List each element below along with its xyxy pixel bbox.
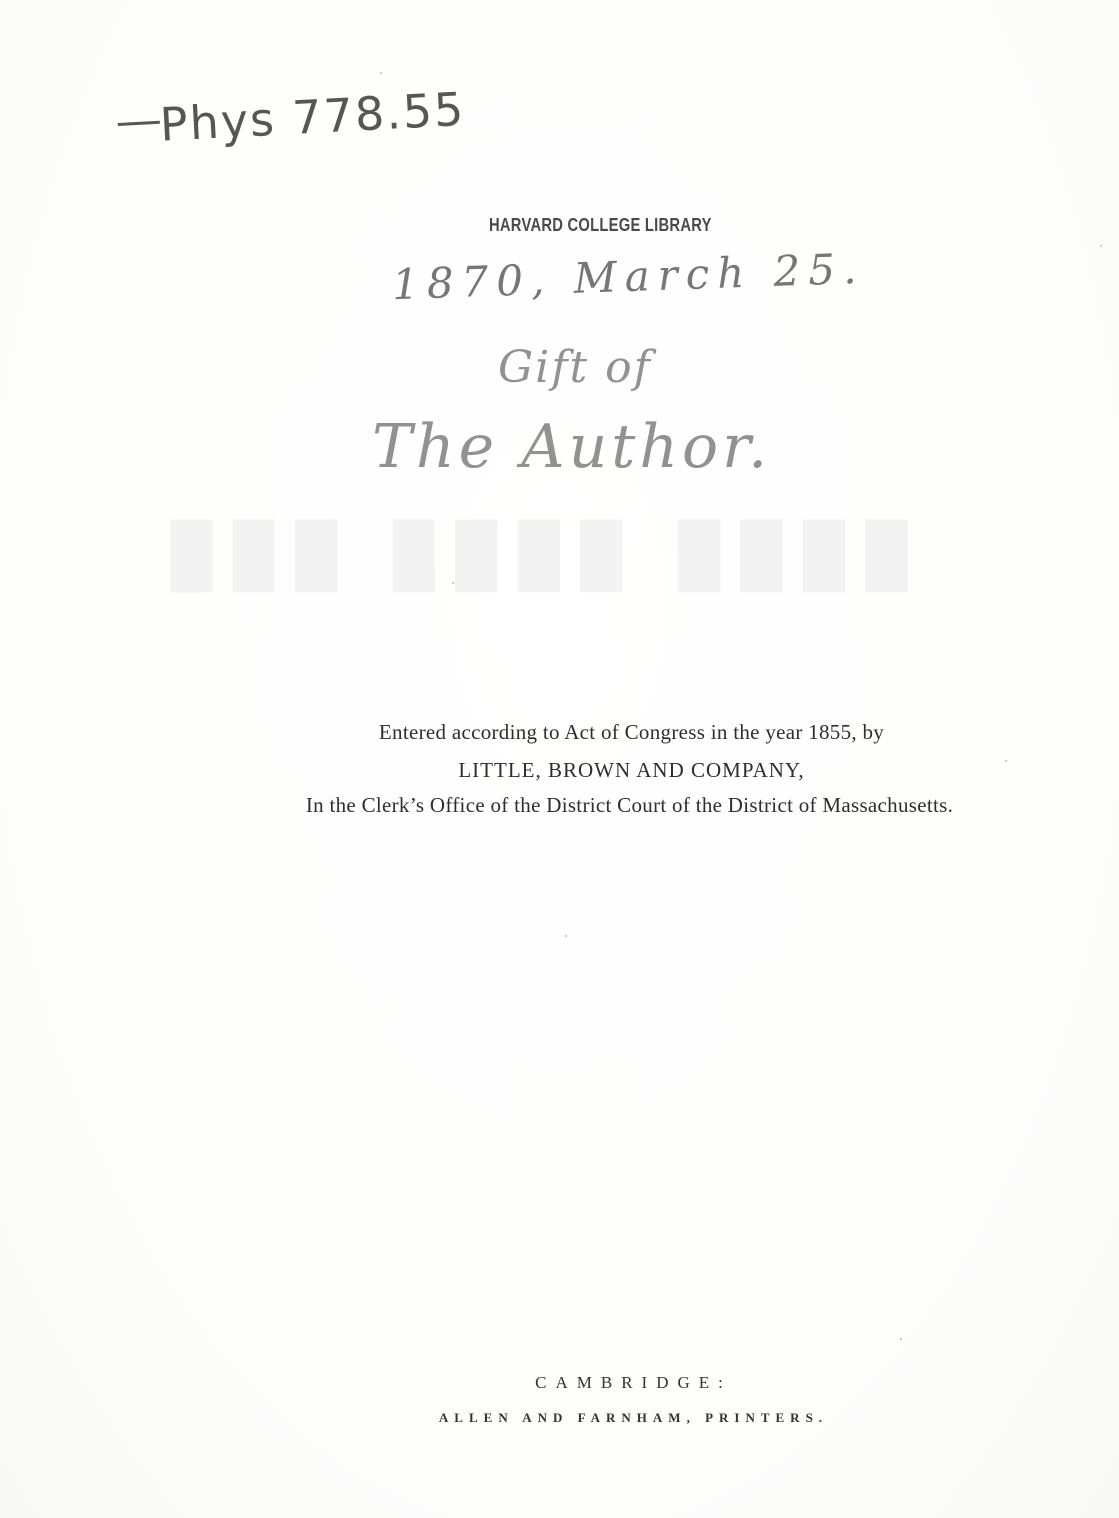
imprint-city: CAMBRIDGE: [74,1373,1119,1393]
bleed-through-text: ███ ████ ████ [170,520,928,589]
accession-date: 1870, March 25. [391,244,865,309]
copyright-line-3: In the Clerk’s Office of the District Co… [70,795,1119,816]
paper-speck [1100,245,1102,247]
paper-speck [1005,760,1007,762]
accession-donor: The Author. [372,412,771,482]
document-page: ███ ████ ████ Phys 778.55 HARVARD COLLEG… [0,0,1119,1518]
library-stamp: HARVARD COLLEGE LIBRARY [489,215,712,236]
accession-gift-of: Gift of [498,342,652,393]
copyright-line-2-publisher: LITTLE, BROWN AND COMPANY, [72,760,1119,781]
imprint-printer: ALLEN AND FARNHAM, PRINTERS. [74,1410,1119,1426]
copyright-line-1: Entered according to Act of Congress in … [72,722,1119,743]
paper-speck [900,1338,902,1340]
paper-speck [565,935,567,937]
handwritten-shelfmark: Phys 778.55 [117,82,467,154]
paper-speck [380,72,382,74]
shelfmark-text: Phys 778.55 [159,82,467,152]
paper-speck [452,582,454,584]
shelfmark-dash [118,121,160,126]
